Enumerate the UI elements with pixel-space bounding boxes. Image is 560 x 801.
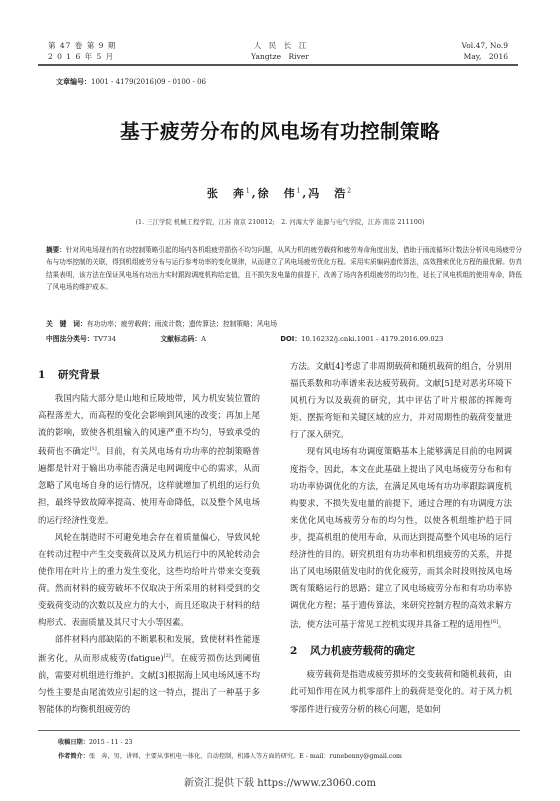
citation: [1] [90, 446, 97, 452]
clc-label: 中图法分类号： [46, 335, 94, 343]
download-watermark: 新资汇提供下载 https://www.z3060.com [0, 774, 560, 789]
paragraph: 方法。文献[4]考虑了非周期载荷和随机载荷的组合，分别用福氏系数和功率谱来表达疲… [290, 358, 512, 443]
received-date: 收稿日期：2015 - 11 - 23 [58, 737, 132, 746]
author: 张 奔 [207, 187, 246, 200]
paragraph-text: 。目前，有关风电场有功功率的控制策略普遍都是针对于输出功率能否满足电网调度中心的… [38, 446, 260, 524]
section-title: 风力机疲劳载荷的确定 [310, 645, 415, 657]
article-number: 文章编号：1001 - 4179(2016)09 - 0100 - 06 [56, 77, 206, 87]
author-affil-mark: 2 [347, 187, 353, 194]
paragraph: 我国内陆大部分是山地和丘陵地带，风力机安装位置的高程落差大，而高程的变化会影响到… [38, 390, 260, 529]
author-bio: 作者简介：张 奔，男，讲师，主要从事机电一体化、自动控制、机器人等方面的研究。E… [58, 751, 402, 760]
section-1-heading: 1研究背景 [38, 367, 260, 384]
paragraph: 部件材料内部缺陷的不断累积和发展，致使材料性能逐渐劣化，从而形成疲劳(fatig… [38, 631, 260, 718]
paragraph-text: 。 [498, 619, 506, 629]
keywords-text: 有功功率；疲劳载荷；雨流计数；遗传算法；控制策略；风电场 [87, 320, 277, 328]
keywords: 关 键 词：有功功率；疲劳载荷；雨流计数；遗传算法；控制策略；风电场 [46, 318, 516, 328]
section-2-heading: 2风力机疲劳载荷的确定 [290, 643, 512, 660]
paragraph: 风轮在制造时不可避免地会存在着质量偏心，导致风轮在转动过程中产生交变载荷以及风力… [38, 529, 260, 632]
bio-value: 张 奔，男，讲师，主要从事机电一体化、自动控制、机器人等方面的研究。E - ma… [89, 753, 402, 760]
author: 冯 浩 [308, 187, 347, 200]
abstract-text: 针对风电场现有的有功控制策略引起的场内各机组疲劳损伤不均匀问题，从风力机的疲劳载… [46, 246, 522, 291]
article-number-label: 文章编号： [56, 78, 91, 86]
author-affil-mark: 1 [297, 187, 303, 194]
author-list: 张 奔1,徐 伟1,冯 浩2 [0, 185, 560, 201]
journal-volume-en: Vol.47, No.9 May, 2016 [462, 40, 508, 62]
affiliations: (1. 三江学院 机械工程学院，江苏 南京 210012; 2. 河海大学 能源… [0, 217, 560, 226]
doi-label: DOI： [280, 335, 301, 343]
section-number: 2 [290, 643, 310, 660]
header-divider [38, 64, 518, 66]
keywords-label: 关 键 词： [46, 320, 87, 328]
paragraph-text: 现有风电场有功调度策略基本上能够满足目前的电网调度指令，因此，本文在此基础上提出… [290, 446, 512, 629]
article-number-value: 1001 - 4179(2016)09 - 0100 - 06 [91, 78, 206, 86]
paragraph: 现有风电场有功调度策略基本上能够满足目前的电网调度指令，因此，本文在此基础上提出… [290, 443, 512, 633]
doi-value: 10.16232/j.cnki.1001 - 4179.2016.09.023 [301, 335, 443, 343]
doc-code-label: 文献标志码： [160, 335, 201, 343]
bio-label: 作者简介： [58, 753, 89, 760]
volume-en-text: Vol.47, No.9 [462, 40, 508, 51]
section-title: 研究背景 [58, 369, 100, 381]
classification-line: 中图法分类号：TV734 文献标志码：A DOI：10.16232/j.cnki… [46, 333, 516, 343]
received-value: 2015 - 11 - 23 [89, 739, 133, 746]
received-label: 收稿日期： [58, 739, 89, 746]
author: 徐 伟 [258, 187, 297, 200]
author-affil-mark: 1 [246, 187, 252, 194]
paragraph: 疲劳载荷是指造成疲劳损坏的交变载荷和随机载荷，由此可知作用在风力机零部件上的载荷… [290, 666, 512, 717]
left-column: 1研究背景 我国内陆大部分是山地和丘陵地带，风力机安装位置的高程落差大，而高程的… [38, 367, 260, 718]
citation: [2] [164, 653, 171, 659]
date-en-text: May, 2016 [462, 51, 508, 62]
clc-value: TV734 [94, 335, 116, 343]
abstract: 摘要：针对风电场现有的有功控制策略引起的场内各机组疲劳损伤不均匀问题，从风力机的… [46, 244, 522, 294]
paper-title: 基于疲劳分布的风电场有功控制策略 [0, 116, 560, 144]
footnote-divider [38, 730, 520, 731]
abstract-label: 摘要： [46, 246, 66, 254]
doc-code-value: A [201, 335, 206, 343]
right-column: 方法。文献[4]考虑了非周期载荷和随机载荷的组合，分别用福氏系数和功率谱来表达疲… [290, 358, 512, 718]
section-number: 1 [38, 367, 58, 384]
